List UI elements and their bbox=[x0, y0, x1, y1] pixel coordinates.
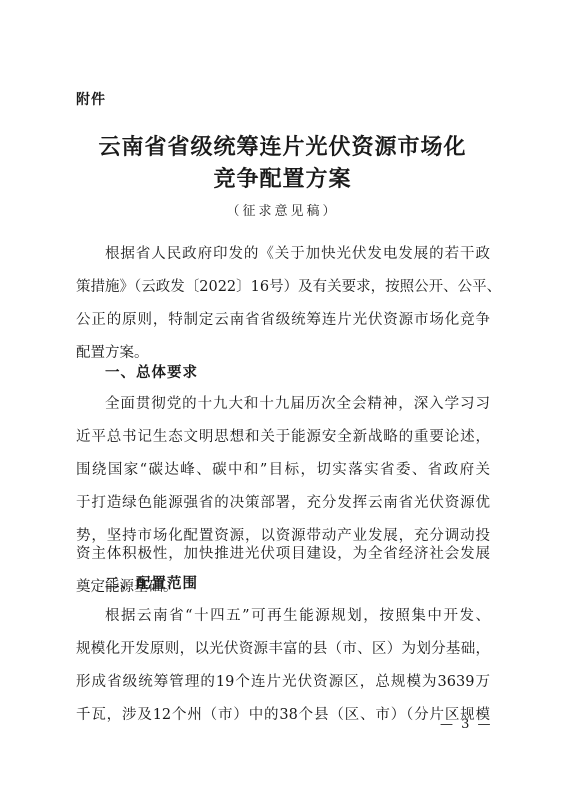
document-title-line1: 云南省省级统筹连片光伏资源市场化 bbox=[0, 130, 565, 161]
paragraph-line: 根据省人民政府印发的《关于加快光伏发电发展的若干政 bbox=[105, 242, 490, 263]
paragraph-line: 配置方案。 bbox=[76, 341, 490, 362]
paragraph-line: 规模化开发原则，以光伏资源丰富的县（市、区）为划分基础， bbox=[76, 637, 490, 658]
paragraph-line: 根据云南省“十四五”可再生能源规划，按照集中开发、 bbox=[105, 604, 490, 625]
attachment-label: 附件 bbox=[76, 89, 106, 109]
section-heading: 二、配置范围 bbox=[105, 572, 198, 593]
paragraph-line: 公正的原则，特制定云南省省级统筹连片光伏资源市场化竞争 bbox=[76, 308, 490, 329]
paragraph-line: 形成省级统筹管理的19个连片光伏资源区，总规模为3639万 bbox=[76, 670, 490, 691]
paragraph-line: 全面贯彻党的十九大和十九届历次全会精神，深入学习习 bbox=[105, 392, 490, 413]
paragraph-line: 围绕国家“碳达峰、碳中和”目标，切实落实省委、省政府关 bbox=[76, 458, 490, 479]
paragraph-line: 策措施》（云政发〔2022〕16号）及有关要求，按照公开、公平、 bbox=[76, 275, 490, 296]
paragraph-line: 千瓦，涉及12个州（市）中的38个县（区、市）（分片区规模 bbox=[76, 703, 490, 724]
paragraph-line: 资主体积极性，加快推进光伏项目建设，为全省经济社会发展 bbox=[76, 542, 490, 563]
document-subtitle: （征求意见稿） bbox=[0, 200, 565, 219]
page-number: — 3 — bbox=[440, 717, 493, 732]
paragraph-line: 近平总书记生态文明思想和关于能源安全新战略的重要论述， bbox=[76, 425, 490, 446]
paragraph-line: 于打造绿色能源强省的决策部署，充分发挥云南省光伏资源优 bbox=[76, 491, 490, 512]
section-heading: 一、总体要求 bbox=[105, 361, 198, 382]
document-title-line2: 竞争配置方案 bbox=[0, 162, 565, 193]
document-page: 附件 云南省省级统筹连片光伏资源市场化 竞争配置方案 （征求意见稿） 根据省人民… bbox=[0, 0, 565, 800]
